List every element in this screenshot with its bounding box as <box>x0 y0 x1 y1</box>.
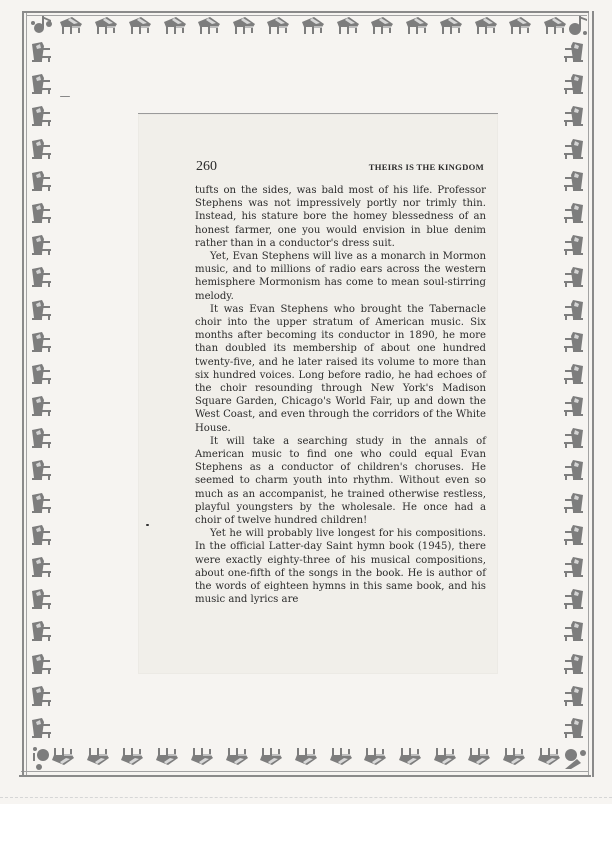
grand-piano-icon <box>265 14 291 36</box>
book-page-clipping: 260 THEIRS IS THE KINGDOM tufts on the s… <box>138 113 498 674</box>
grand-piano-icon <box>293 746 319 768</box>
piano-player-icon <box>561 491 587 515</box>
grand-piano-icon <box>162 14 188 36</box>
grand-piano-icon <box>154 746 180 768</box>
piano-player-icon <box>28 137 54 161</box>
grand-piano-icon <box>536 746 562 768</box>
grand-piano-icon <box>438 14 464 36</box>
grand-piano-icon <box>542 14 568 36</box>
grand-piano-icon <box>369 14 395 36</box>
paragraph: Yet, Evan Stephens will live as a monarc… <box>195 250 486 303</box>
piano-player-icon <box>28 555 54 579</box>
piano-player-icon <box>28 619 54 643</box>
frame-left-line <box>22 11 24 777</box>
grand-piano-icon <box>404 14 430 36</box>
piano-player-icon <box>28 652 54 676</box>
piano-player-icon <box>561 201 587 225</box>
piano-player-icon <box>561 298 587 322</box>
piano-player-icon <box>561 233 587 257</box>
paragraph: It will take a searching study in the an… <box>195 435 486 527</box>
piano-player-icon <box>561 523 587 547</box>
grand-piano-icon <box>196 14 222 36</box>
frame-left-line-inner <box>26 13 27 775</box>
piano-player-icon <box>28 458 54 482</box>
piano-player-icon <box>28 233 54 257</box>
piano-player-icon <box>28 169 54 193</box>
piano-player-icon <box>28 362 54 386</box>
scan-margin <box>0 804 612 842</box>
grand-piano-icon <box>473 14 499 36</box>
piano-player-icon <box>561 330 587 354</box>
frame-bottom-line <box>19 775 591 777</box>
frame-right-line <box>592 11 594 777</box>
piano-player-icon <box>561 265 587 289</box>
music-notes-icon <box>29 13 57 35</box>
piano-player-icon <box>28 426 54 450</box>
piano-player-icon <box>561 619 587 643</box>
stray-mark <box>60 96 70 97</box>
paragraph: It was Evan Stephens who brought the Tab… <box>195 303 486 435</box>
piano-player-icon <box>561 394 587 418</box>
grand-piano-icon <box>119 746 145 768</box>
frame-top-line <box>24 11 589 13</box>
ink-speck <box>146 524 149 526</box>
piano-player-icon <box>561 587 587 611</box>
page-number: 260 <box>196 159 217 175</box>
piano-player-icon <box>561 684 587 708</box>
piano-player-icon <box>28 298 54 322</box>
grand-piano-icon <box>231 14 257 36</box>
piano-player-icon <box>561 137 587 161</box>
border-bottom-motifs <box>50 746 562 770</box>
grand-piano-icon <box>432 746 458 768</box>
piano-player-icon <box>28 684 54 708</box>
grand-piano-icon <box>189 746 215 768</box>
grand-piano-icon <box>507 14 533 36</box>
grand-piano-icon <box>127 14 153 36</box>
piano-player-icon <box>28 394 54 418</box>
grand-piano-icon <box>362 746 388 768</box>
piano-player-icon <box>561 716 587 740</box>
paragraph: tufts on the sides, was bald most of his… <box>195 184 486 250</box>
piano-player-icon <box>28 201 54 225</box>
grand-piano-icon <box>93 14 119 36</box>
grand-piano-icon <box>466 746 492 768</box>
grand-piano-icon <box>501 746 527 768</box>
piano-player-icon <box>28 72 54 96</box>
grand-piano-icon <box>224 746 250 768</box>
piano-player-icon <box>561 652 587 676</box>
piano-player-icon <box>561 555 587 579</box>
book-title: THEIRS IS THE KINGDOM <box>369 162 484 172</box>
grand-piano-icon <box>335 14 361 36</box>
piano-player-icon <box>561 362 587 386</box>
border-right-motifs <box>561 40 589 740</box>
grand-piano-icon <box>58 14 84 36</box>
grand-piano-icon <box>50 746 76 768</box>
piano-player-icon <box>28 587 54 611</box>
music-notes-icon <box>563 745 589 771</box>
piano-player-icon <box>561 169 587 193</box>
piano-player-icon <box>28 716 54 740</box>
piano-player-icon <box>28 40 54 64</box>
piano-player-icon <box>561 104 587 128</box>
piano-player-icon <box>28 104 54 128</box>
body-text: tufts on the sides, was bald most of his… <box>195 184 486 607</box>
running-head: 260 THEIRS IS THE KINGDOM <box>196 159 484 177</box>
paragraph: Yet he will probably live longest for hi… <box>195 527 486 606</box>
piano-player-icon <box>561 426 587 450</box>
grand-piano-icon <box>300 14 326 36</box>
grand-piano-icon <box>328 746 354 768</box>
piano-player-icon <box>561 40 587 64</box>
piano-player-icon <box>28 330 54 354</box>
frame-bottom-line-inner <box>21 771 589 772</box>
grand-piano-icon <box>258 746 284 768</box>
scrapbook-sheet: 260 THEIRS IS THE KINGDOM tufts on the s… <box>0 0 612 800</box>
border-left-motifs <box>28 40 56 740</box>
piano-player-icon <box>28 523 54 547</box>
piano-player-icon <box>28 491 54 515</box>
piano-player-icon <box>561 458 587 482</box>
piano-player-icon <box>561 72 587 96</box>
border-top-motifs <box>58 14 568 36</box>
grand-piano-icon <box>85 746 111 768</box>
music-notes-icon <box>565 13 591 37</box>
piano-player-icon <box>28 265 54 289</box>
grand-piano-icon <box>397 746 423 768</box>
